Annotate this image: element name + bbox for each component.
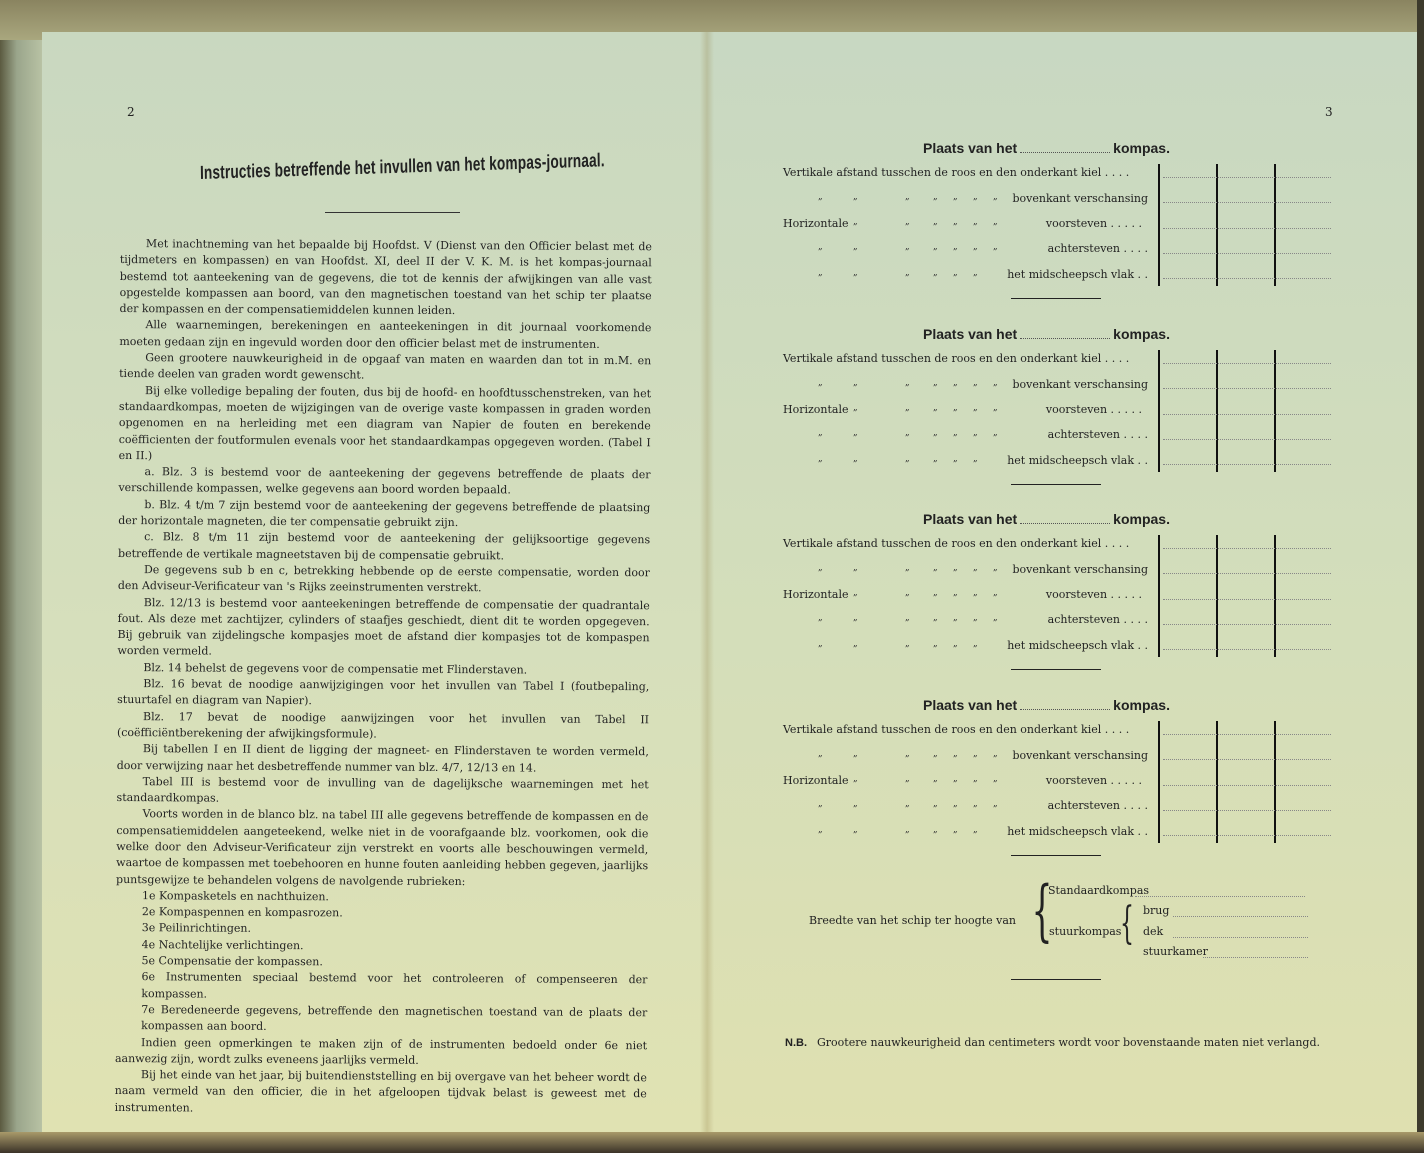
column-divider [1274,535,1276,657]
bridge-label: brug [1143,904,1169,917]
paragraph: c. Blz. 8 t/m 11 zijn bestemd voor de aa… [118,529,650,565]
wheelhouse-field[interactable] [1203,957,1308,958]
paragraph: Tabel III is bestemd voor de invulling v… [117,774,649,810]
book-edge-right [1417,0,1424,1153]
section-divider [1011,979,1101,980]
row-sternpost: „ „ „ „ „ „ „ achtersteven . . . . [783,613,1158,629]
entry-field[interactable] [1163,548,1331,549]
row-sternpost: „ „ „ „ „ „ „ achtersteven . . . . [783,428,1158,444]
entry-field[interactable] [1163,810,1331,811]
paragraph: Voorts worden in de blanco blz. na tabel… [116,806,648,891]
paragraph: De gegevens sub b en c, betrekking hebbe… [118,562,650,598]
page-number-left: 2 [127,105,135,119]
row-stem: Horizontale „ „ „ „ „ „ voorsteven . . .… [783,774,1158,790]
paragraph: Blz. 17 bevat de noodige aanwijzingen vo… [117,709,649,745]
row-midship-plane: „ „ „ „ „ „ het midscheepsch vlak . . [783,639,1158,655]
paragraph: Geen grootere nauwkeurigheid in de opgaa… [119,350,651,386]
paragraph: Bij tabellen I en II dient de ligging de… [117,741,649,777]
book-edge-left [0,40,44,1153]
row-stem: Horizontale „ „ „ „ „ „ voorsteven . . .… [783,403,1158,419]
column-divider [1274,164,1276,286]
row-midship-plane: „ „ „ „ „ „ het midscheepsch vlak . . [783,268,1158,284]
rubrics-list: 1e Kompasketels en nachthuizen. 2e Kompa… [115,888,648,1038]
entry-field[interactable] [1163,177,1331,178]
row-bulwark: „ „ „ „ „ „ „ bovenkant verschansing [783,192,1158,208]
section-title: Plaats van hetkompas. [923,326,1223,342]
wheelhouse-label: stuurkamer [1143,945,1208,958]
bridge-field[interactable] [1173,916,1308,917]
entry-field[interactable] [1163,624,1331,625]
column-divider [1274,350,1276,472]
compass-name-blank[interactable] [1020,522,1110,524]
paragraph: a. Blz. 3 is bestemd voor de aanteekenin… [118,464,650,500]
brace-icon: { [1120,902,1134,946]
entry-field[interactable] [1163,599,1331,600]
row-bulwark: „ „ „ „ „ „ „ bovenkant verschansing [783,378,1158,394]
row-midship-plane: „ „ „ „ „ „ het midscheepsch vlak . . [783,454,1158,470]
row-bulwark: „ „ „ „ „ „ „ bovenkant verschansing [783,749,1158,765]
paragraph: Met inachtneming van het bepaalde bij Ho… [120,236,652,321]
deck-label: dek [1143,925,1163,938]
compass-name-blank[interactable] [1020,337,1110,339]
paragraph: Blz. 12/13 is bestemd voor aanteekeninge… [117,595,649,663]
entry-field[interactable] [1163,573,1331,574]
paragraph: Blz. 16 bevat de noodige aanwijzigingen … [117,676,649,712]
entry-field[interactable] [1163,202,1331,203]
paragraph: b. Blz. 4 t/m 7 zijn bestemd voor de aan… [118,497,650,533]
standard-compass-label: Standaardkompas [1048,884,1149,897]
paragraph: Bij elke volledige bepaling der fouten, … [119,383,651,468]
column-divider [1274,721,1276,843]
section-divider [1011,484,1101,485]
column-divider [1216,535,1218,657]
entry-field[interactable] [1163,228,1331,229]
compass-name-blank[interactable] [1020,151,1110,153]
entry-field[interactable] [1163,414,1331,415]
section-title: Plaats van hetkompas. [923,697,1223,713]
row-stem: Horizontale „ „ „ „ „ „ voorsteven . . .… [783,588,1158,604]
book-gutter [700,32,714,1132]
column-divider [1216,164,1218,286]
row-vertical-keel: Vertikale afstand tusschen de roos en de… [783,166,1158,182]
entry-field[interactable] [1163,464,1331,465]
standard-compass-field[interactable] [1135,896,1305,897]
column-divider [1158,164,1160,286]
section-divider [1011,855,1101,856]
row-sternpost: „ „ „ „ „ „ „ achtersteven . . . . [783,799,1158,815]
steering-compass-label: stuurkompas [1049,925,1121,938]
ship-breadth-block: Breedte van het schip ter hoogte van { S… [783,880,1343,970]
row-vertical-keel: Vertikale afstand tusschen de roos en de… [783,723,1158,739]
row-stem: Horizontale „ „ „ „ „ „ voorsteven . . .… [783,217,1158,233]
column-divider [1158,535,1160,657]
paragraph: Bij het einde van het jaar, bij buitendi… [115,1067,647,1119]
footnote-label: N.B. [785,1037,807,1049]
breadth-label: Breedte van het schip ter hoogte van [809,914,1016,927]
row-bulwark: „ „ „ „ „ „ „ bovenkant verschansing [783,563,1158,579]
row-vertical-keel: Vertikale afstand tusschen de roos en de… [783,537,1158,553]
entry-field[interactable] [1163,785,1331,786]
column-divider [1216,721,1218,843]
paragraph: Indien geen opmerkingen te maken zijn of… [115,1035,647,1071]
entry-field[interactable] [1163,835,1331,836]
deck-field[interactable] [1173,937,1308,938]
instructions-body: Met inachtneming van het bepaalde bij Ho… [115,236,652,1119]
entry-field[interactable] [1163,388,1331,389]
column-divider [1216,350,1218,472]
entry-field[interactable] [1163,278,1331,279]
title-divider [325,212,460,213]
entry-field[interactable] [1163,439,1331,440]
footnote-text: Grootere nauwkeurigheid dan centimeters … [817,1036,1320,1049]
entry-field[interactable] [1163,649,1331,650]
scan-background-bottom [0,1132,1424,1153]
page-number-right: 3 [1325,105,1333,119]
entry-field[interactable] [1163,734,1331,735]
list-item: 7e Beredeneerde gegevens, betreffende de… [141,1002,647,1038]
section-title: Plaats van hetkompas. [923,140,1223,156]
section-title: Plaats van hetkompas. [923,511,1223,527]
column-divider [1158,350,1160,472]
section-divider [1011,669,1101,670]
row-midship-plane: „ „ „ „ „ „ het midscheepsch vlak . . [783,825,1158,841]
column-divider [1158,721,1160,843]
entry-field[interactable] [1163,759,1331,760]
compass-name-blank[interactable] [1020,708,1110,710]
paragraph: Alle waarnemingen, berekeningen en aante… [119,317,651,353]
section-divider [1011,298,1101,299]
row-vertical-keel: Vertikale afstand tusschen de roos en de… [783,352,1158,368]
entry-field[interactable] [1163,253,1331,254]
list-item: 6e Instrumenten speciaal bestemd voor he… [141,970,647,1006]
row-sternpost: „ „ „ „ „ „ „ achtersteven . . . . [783,242,1158,258]
footnote: N.B.Grootere nauwkeurigheid dan centimet… [785,1036,1320,1049]
entry-field[interactable] [1163,363,1331,364]
